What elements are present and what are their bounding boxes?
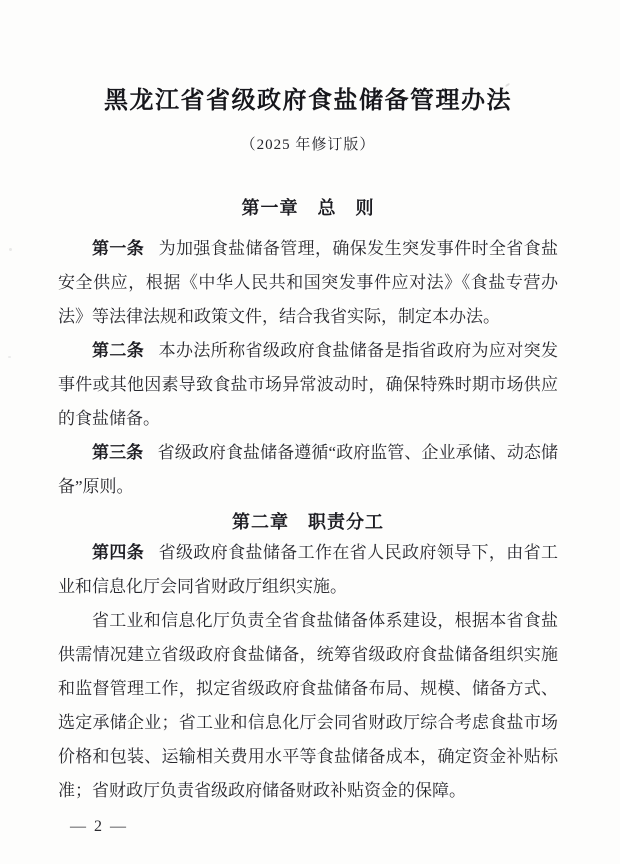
document-subtitle: （2025 年修订版） (58, 133, 558, 154)
article-4: 第四条省级政府食盐储备工作在省人民政府领导下，由省工业和信息化厅会同省财政厅组织… (58, 536, 558, 604)
document-content: 黑龙江省省级政府食盐储备管理办法 （2025 年修订版） 第一章 总 则 第一条… (0, 0, 620, 808)
article-1: 第一条为加强食盐储备管理，确保发生突发事件时全省食盐安全供应，根据《中华人民共和… (58, 232, 558, 334)
article-1-label: 第一条 (92, 239, 159, 258)
scan-speck (8, 356, 11, 358)
article-2: 第二条本办法所称省级政府食盐储备是指省政府为应对突发事件或其他因素导致食盐市场异… (58, 334, 558, 436)
body-paragraph: 省工业和信息化厅负责全省食盐储备体系建设，根据本省食盐供需情况建立省级政府食盐储… (58, 604, 558, 808)
article-3-label: 第三条 (92, 443, 158, 462)
scanned-document-page: 黑龙江省省级政府食盐储备管理办法 （2025 年修订版） 第一章 总 则 第一条… (0, 0, 620, 864)
document-title: 黑龙江省省级政府食盐储备管理办法 (58, 86, 558, 116)
article-4-label: 第四条 (92, 543, 159, 562)
scan-speck (9, 248, 12, 251)
article-3: 第三条省级政府食盐储备遵循“政府监管、企业承储、动态储备”原则。 (58, 436, 558, 504)
article-2-label: 第二条 (92, 341, 159, 360)
chapter-1-heading: 第一章 总 则 (58, 194, 558, 220)
chapter-2-heading: 第二章 职责分工 (58, 508, 558, 534)
page-number: — 2 — (70, 818, 128, 836)
